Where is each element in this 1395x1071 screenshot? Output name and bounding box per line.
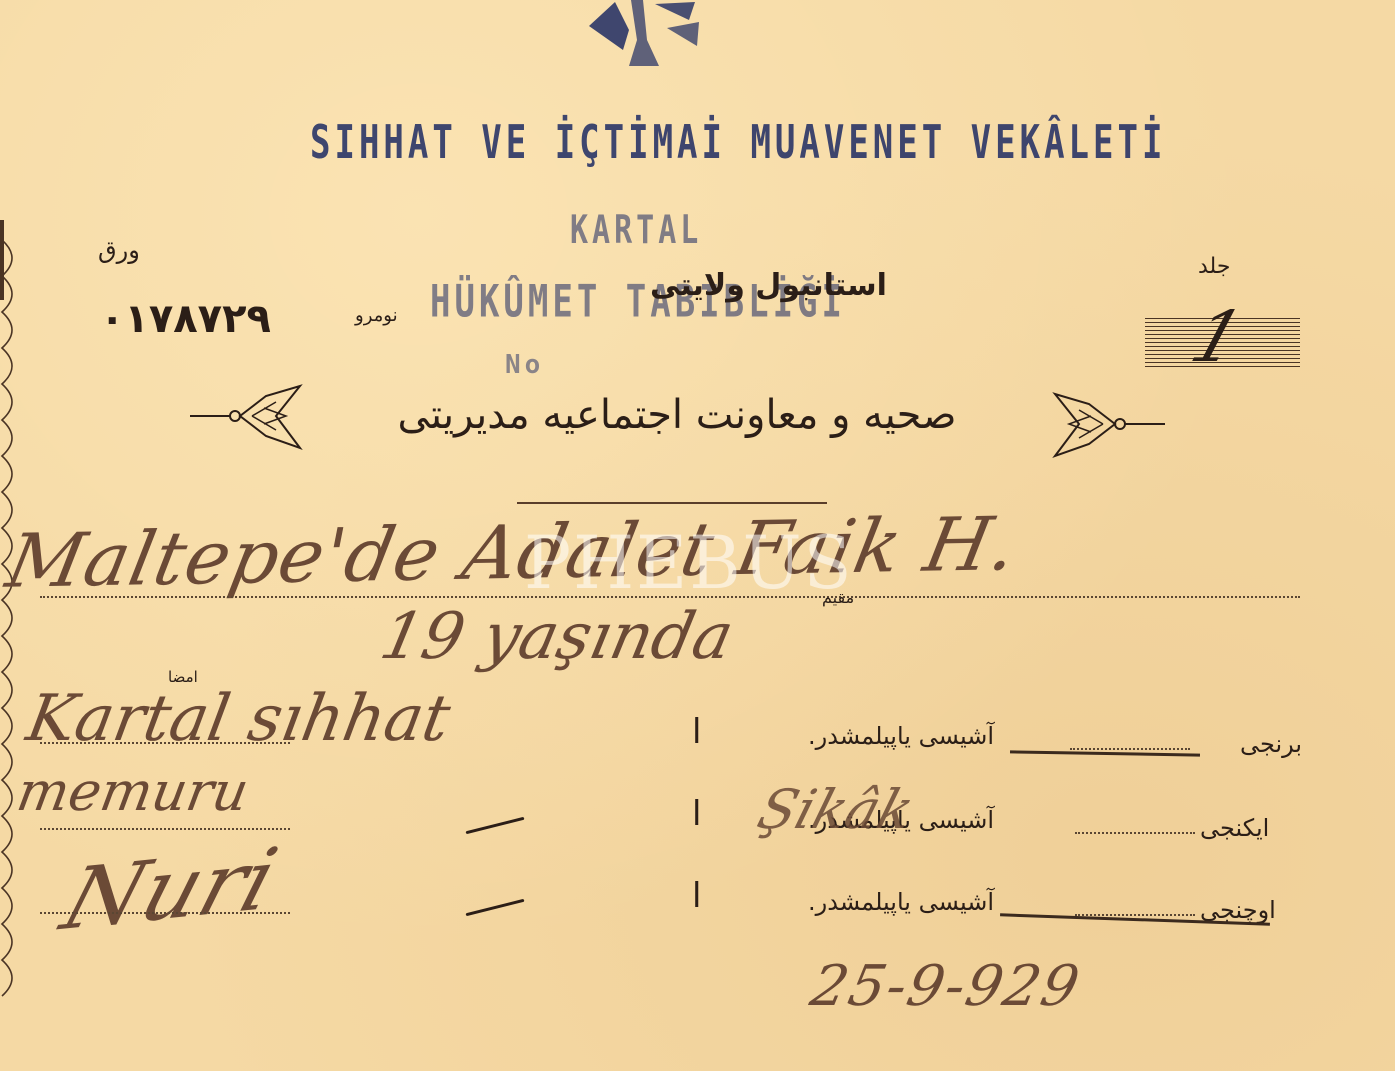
district-stamp: KARTAL — [570, 208, 702, 254]
signature-line-1: Kartal sıhhat — [21, 682, 455, 756]
tick-mark-2 — [466, 817, 525, 834]
signature-line-3: Nuri — [51, 830, 287, 950]
ornament-right-icon — [1045, 390, 1165, 460]
stamp-number-label: No — [505, 350, 544, 380]
ornament-left-icon — [190, 382, 310, 452]
date-handwritten: 25-9-929 — [805, 954, 1086, 1019]
vaccination-dots-1 — [1070, 748, 1190, 750]
strike-line-1 — [1010, 750, 1200, 756]
directorate-title: صحيه و معاونت اجتماعيه مديريتى — [362, 392, 992, 438]
numero-label: نومرو — [355, 305, 398, 326]
tick-mark-3 — [466, 899, 525, 916]
vaccination-mark-2: ا — [692, 794, 701, 834]
signature-line-2: memuru — [12, 760, 253, 823]
vaccination-row-1: آشيسى ياپيلمشدر. — [808, 722, 994, 750]
serial-number: ٠١٧٨٧٢٩ — [100, 296, 271, 342]
ministry-stamp: SIHHAT VE İÇTİMAİ MUAVENET VEKÂLETİ — [310, 116, 1166, 170]
vaccination-mark-1: ا — [692, 712, 701, 752]
crescent-emblem-icon — [585, 0, 705, 72]
vaccination-ordinal-1: برنجى — [1240, 730, 1302, 758]
title-divider — [517, 502, 827, 504]
province-label: استانبول ولايتى — [650, 268, 887, 303]
vaccination-ordinal-2: ايكنجى — [1200, 814, 1269, 842]
scalloped-edge-icon — [0, 240, 22, 1010]
watermark: PHEBUS — [524, 520, 854, 606]
varak-label: ورق — [98, 236, 140, 264]
handwritten-mark: Şikâk — [751, 778, 921, 841]
signature-dotted-line-1 — [40, 742, 290, 744]
cilt-label: جلد — [1198, 254, 1230, 279]
person-name-handwritten: Maltepe'de Adalet Faik H. — [0, 501, 1025, 605]
vaccination-row-3: آشيسى ياپيلمشدر. — [808, 888, 994, 916]
vaccination-dots-2 — [1075, 832, 1195, 834]
vaccination-certificate: SIHHAT VE İÇTİMAİ MUAVENET VEKÂLETİ KART… — [0, 0, 1395, 1071]
signature-dotted-line-3 — [40, 912, 290, 914]
vaccination-mark-3: ا — [692, 876, 701, 916]
age-handwritten: 19 yaşında — [374, 600, 739, 674]
signature-dotted-line-2 — [40, 828, 290, 830]
